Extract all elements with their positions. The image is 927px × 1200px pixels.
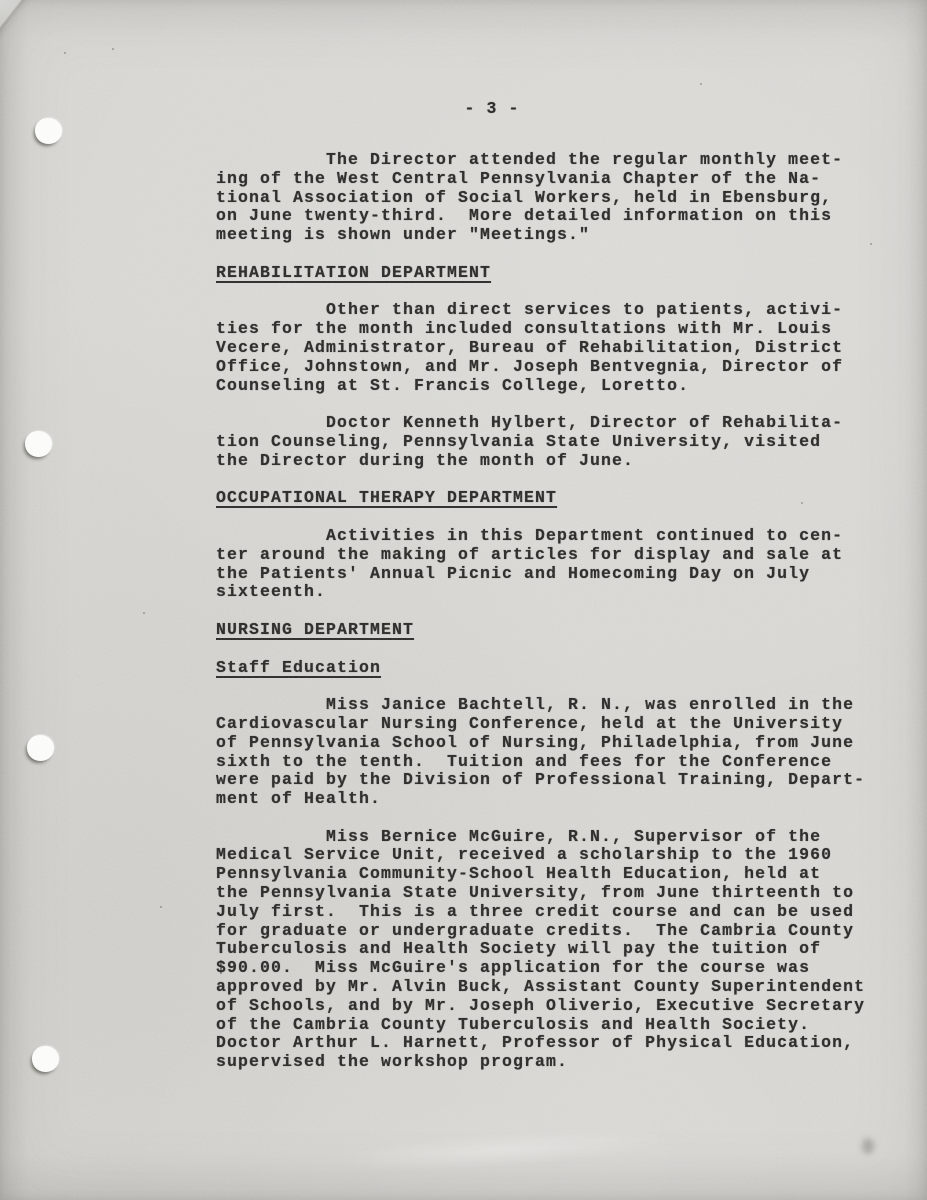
page-corner-fold [0,0,150,110]
staff-education-paragraph-1: Miss Janice Bachtell, R. N., was enrolle… [216,696,896,809]
paper-speck [870,243,872,245]
section-heading-text: REHABILITATION DEPARTMENT [216,263,491,282]
punch-hole [35,118,62,144]
paper-speck [112,48,114,50]
paper-speck [700,83,702,85]
section-heading-nursing-department: NURSING DEPARTMENT [216,621,896,640]
section-heading-rehabilitation-department: REHABILITATION DEPARTMENT [216,264,896,283]
punch-hole [27,735,54,761]
paper-smudge [862,1138,874,1154]
paper-crease [298,1106,701,1194]
section-heading-text: OCCUPATIONAL THERAPY DEPARTMENT [216,488,557,507]
paper-speck [143,612,145,614]
section-heading-text: NURSING DEPARTMENT [216,620,414,639]
paper-speck [801,502,803,504]
rehabilitation-paragraph-2: Doctor Kenneth Hylbert, Director of Reha… [216,414,896,470]
subsection-heading-text: Staff Education [216,658,381,677]
scanned-document-page: - 3 - The Director attended the regular … [0,0,927,1200]
intro-paragraph: The Director attended the regular monthl… [216,151,896,245]
document-body: The Director attended the regular monthl… [216,151,896,1072]
page-number: - 3 - [216,100,768,119]
punch-hole [25,431,52,457]
rehabilitation-paragraph-1: Other than direct services to patients, … [216,301,896,395]
paper-speck [64,52,66,54]
subsection-heading-staff-education: Staff Education [216,659,896,678]
section-heading-occupational-therapy-department: OCCUPATIONAL THERAPY DEPARTMENT [216,489,896,508]
punch-hole [32,1046,59,1072]
staff-education-paragraph-2: Miss Bernice McGuire, R.N., Supervisor o… [216,828,896,1072]
occupational-therapy-paragraph: Activities in this Department continued … [216,527,896,602]
paper-speck [160,906,162,908]
